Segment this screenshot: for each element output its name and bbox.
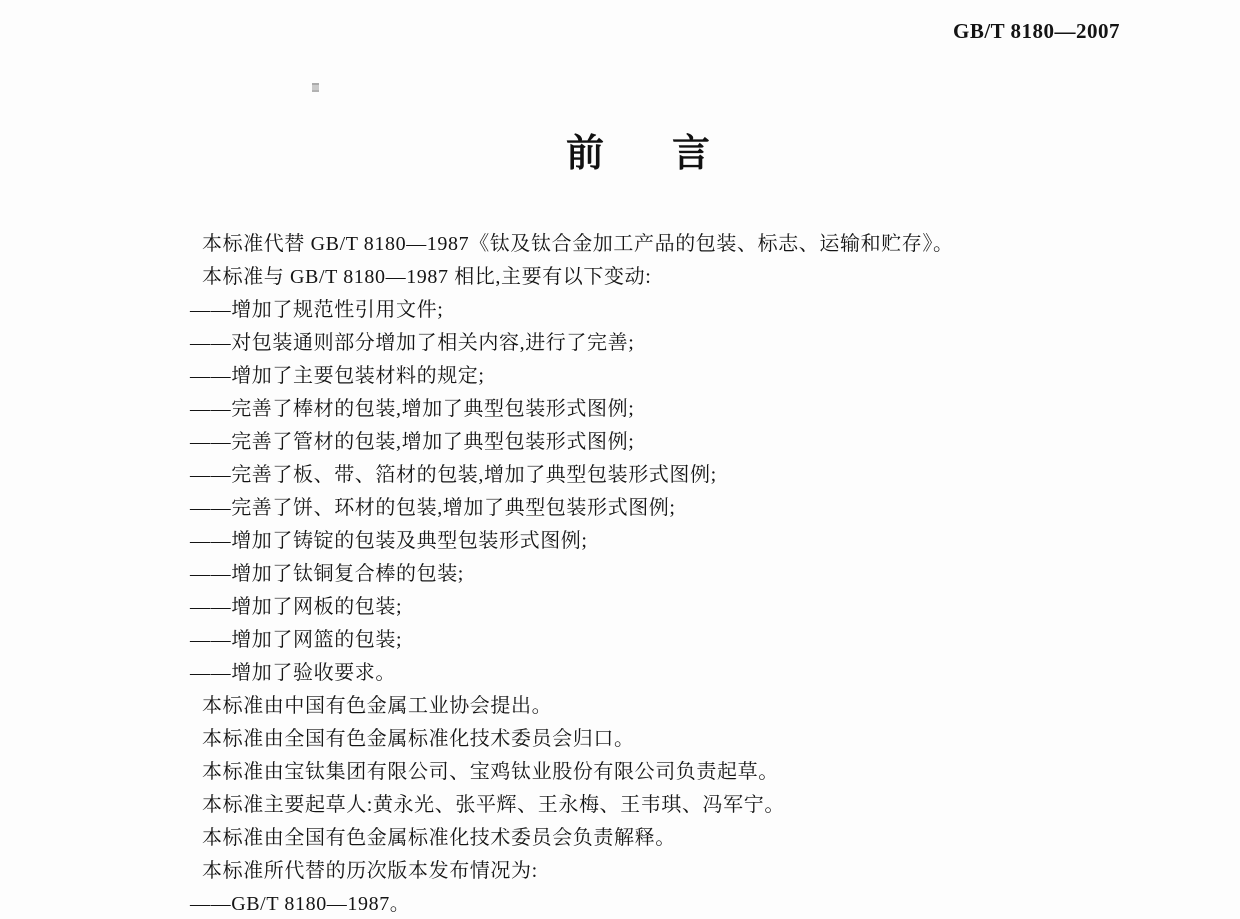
document-text-line: 本标准代替 GB/T 8180—1987《钛及钛合金加工产品的包装、标志、运输和… xyxy=(0,228,1240,261)
foreword-title: 前 言 xyxy=(566,122,710,177)
scanned-document-page: GB/T 8180—2007 前 言 本标准代替 GB/T 8180—1987《… xyxy=(0,0,1240,919)
foreword-title-char-1: 前 xyxy=(566,122,604,177)
document-text-line: ——增加了网板的包装; xyxy=(0,591,1240,624)
document-text-line: ——对包装通则部分增加了相关内容,进行了完善; xyxy=(0,327,1240,360)
standard-code-header: GB/T 8180—2007 xyxy=(953,19,1133,44)
document-text-line: ——完善了棒材的包装,增加了典型包装形式图例; xyxy=(0,393,1240,426)
document-text-line: 本标准由全国有色金属标准化技术委员会负责解释。 xyxy=(0,822,1240,855)
document-text-line: 本标准主要起草人:黄永光、张平辉、王永梅、王韦琪、冯军宁。 xyxy=(0,789,1240,822)
document-text-line: ——增加了钛铜复合棒的包装; xyxy=(0,558,1240,591)
scan-artifact-speck xyxy=(312,83,319,92)
document-text-line: 本标准与 GB/T 8180—1987 相比,主要有以下变动: xyxy=(0,261,1240,294)
document-text-line: ——完善了饼、环材的包装,增加了典型包装形式图例; xyxy=(0,492,1240,525)
document-text-line: ——完善了板、带、箔材的包装,增加了典型包装形式图例; xyxy=(0,459,1240,492)
document-text-line: 本标准由宝钛集团有限公司、宝鸡钛业股份有限公司负责起草。 xyxy=(0,756,1240,789)
document-text-line: 本标准所代替的历次版本发布情况为: xyxy=(0,855,1240,888)
document-text-line: ——增加了网篮的包装; xyxy=(0,624,1240,657)
document-text-line: ——增加了主要包装材料的规定; xyxy=(0,360,1240,393)
document-text-line: ——完善了管材的包装,增加了典型包装形式图例; xyxy=(0,426,1240,459)
foreword-title-char-2: 言 xyxy=(672,122,710,177)
document-text-line: ——增加了铸锭的包装及典型包装形式图例; xyxy=(0,525,1240,558)
document-text-line: 本标准由全国有色金属标准化技术委员会归口。 xyxy=(0,723,1240,756)
document-text-line: ——增加了规范性引用文件; xyxy=(0,294,1240,327)
document-text-line: 本标准由中国有色金属工业协会提出。 xyxy=(0,690,1240,723)
document-text-line: ——GB/T 8180—1987。 xyxy=(0,888,1240,919)
foreword-body: 本标准代替 GB/T 8180—1987《钛及钛合金加工产品的包装、标志、运输和… xyxy=(0,228,1240,919)
document-text-line: ——增加了验收要求。 xyxy=(0,657,1240,690)
